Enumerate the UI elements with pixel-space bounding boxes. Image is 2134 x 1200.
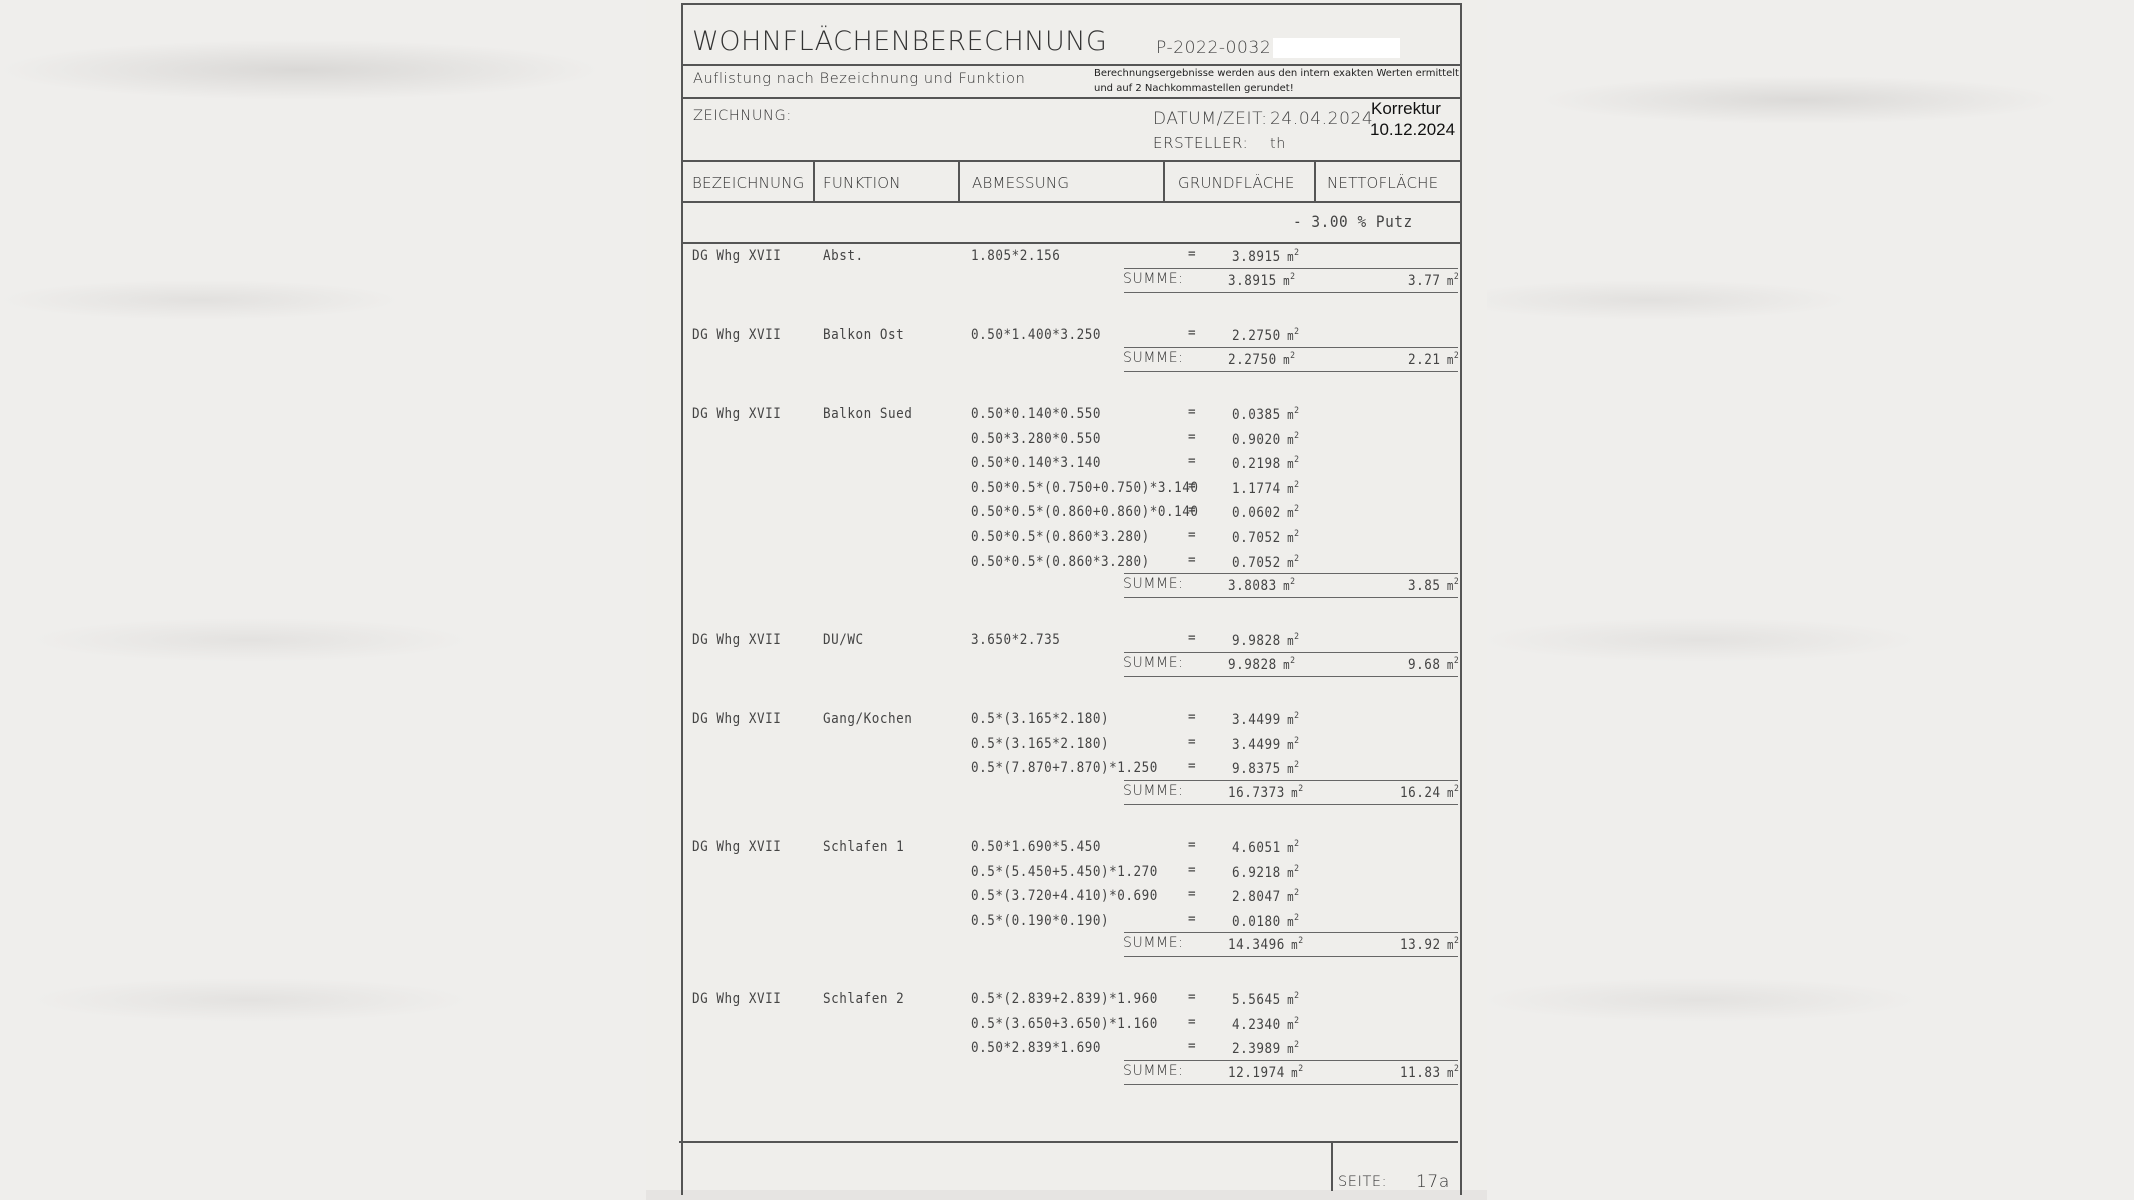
line-area: 5.5645m2 xyxy=(1232,991,1300,1008)
summe-label: SUMME: xyxy=(1123,1063,1183,1079)
unit-exponent: 2 xyxy=(1454,936,1459,946)
divider-info xyxy=(681,160,1460,162)
summe-area: 9.9828m2 xyxy=(1228,656,1296,673)
summe-bottom-line xyxy=(1124,676,1458,677)
summe-top-line xyxy=(1124,1060,1458,1061)
line-area-value: 9.8375 xyxy=(1232,761,1281,777)
summe-bottom-line xyxy=(1124,597,1458,598)
col-header-funktion: FUNKTION xyxy=(823,174,901,192)
abmessung-formula: 1.805*2.156 xyxy=(971,248,1060,264)
unit-label: m xyxy=(1291,938,1298,952)
unit-exponent: 2 xyxy=(1294,839,1299,849)
summe-area-value: 3.8915 xyxy=(1228,273,1277,289)
unit-exponent: 2 xyxy=(1294,406,1299,416)
unit-exponent: 2 xyxy=(1298,936,1303,946)
line-area: 3.8915m2 xyxy=(1232,248,1300,265)
room-bezeichnung: DG Whg XVII xyxy=(692,406,781,422)
summe-area: 2.2750m2 xyxy=(1228,351,1296,368)
unit-label: m xyxy=(1447,353,1454,367)
netto-area-value: 11.83 xyxy=(1400,1065,1441,1081)
datum-value: 24.04.2024 xyxy=(1270,109,1373,129)
equals-sign: = xyxy=(1188,911,1196,927)
equals-sign: = xyxy=(1188,404,1196,420)
abmessung-formula: 0.50*2.839*1.690 xyxy=(971,1040,1101,1056)
equals-sign: = xyxy=(1188,630,1196,646)
summe-label: SUMME: xyxy=(1123,350,1183,366)
line-area-value: 0.0602 xyxy=(1232,505,1281,521)
summe-bottom-line xyxy=(1124,371,1458,372)
divider-columns xyxy=(681,201,1460,203)
summe-area: 14.3496m2 xyxy=(1228,936,1304,953)
unit-label: m xyxy=(1283,353,1290,367)
summe-label: SUMME: xyxy=(1123,783,1183,799)
line-area-value: 9.9828 xyxy=(1232,633,1281,649)
unit-label: m xyxy=(1287,506,1294,520)
abmessung-formula: 0.5*(2.839+2.839)*1.960 xyxy=(971,991,1158,1007)
unit-label: m xyxy=(1287,915,1294,929)
equals-sign: = xyxy=(1188,246,1196,262)
line-area-value: 3.8915 xyxy=(1232,249,1281,265)
line-area-value: 1.1774 xyxy=(1232,481,1281,497)
summe-area-value: 12.1974 xyxy=(1228,1065,1285,1081)
equals-sign: = xyxy=(1188,837,1196,853)
equals-sign: = xyxy=(1188,502,1196,518)
abmessung-formula: 0.50*0.5*(0.860*3.280) xyxy=(971,554,1150,570)
unit-exponent: 2 xyxy=(1294,248,1299,258)
summe-bottom-line xyxy=(1124,1084,1458,1085)
line-area-value: 0.0180 xyxy=(1232,914,1281,930)
unit-exponent: 2 xyxy=(1454,577,1459,587)
unit-exponent: 2 xyxy=(1294,913,1299,923)
line-area: 9.9828m2 xyxy=(1232,632,1300,649)
unit-exponent: 2 xyxy=(1294,327,1299,337)
netto-area: 11.83m2 xyxy=(1400,1064,1459,1081)
abmessung-formula: 0.5*(7.870+7.870)*1.250 xyxy=(971,760,1158,776)
line-area: 6.9218m2 xyxy=(1232,864,1300,881)
putz-deduction-note: - 3.00 % Putz xyxy=(1293,212,1413,231)
document-title: WOHNFLÄCHENBERECHNUNG xyxy=(692,26,1107,57)
unit-label: m xyxy=(1287,329,1294,343)
unit-exponent: 2 xyxy=(1294,760,1299,770)
unit-label: m xyxy=(1283,658,1290,672)
netto-area-value: 16.24 xyxy=(1400,785,1441,801)
summe-area-value: 16.7373 xyxy=(1228,785,1285,801)
room-funktion: Schlafen 2 xyxy=(823,991,904,1007)
equals-sign: = xyxy=(1188,478,1196,494)
room-bezeichnung: DG Whg XVII xyxy=(692,632,781,648)
unit-exponent: 2 xyxy=(1294,504,1299,514)
unit-label: m xyxy=(1283,579,1290,593)
netto-area-value: 3.85 xyxy=(1408,578,1441,594)
unit-label: m xyxy=(1287,866,1294,880)
line-area: 2.2750m2 xyxy=(1232,327,1300,344)
ersteller-label: ERSTELLER: xyxy=(1153,134,1248,152)
unit-exponent: 2 xyxy=(1290,272,1295,282)
subtitle: Auflistung nach Bezeichnung und Funktion xyxy=(693,71,1025,87)
line-area-value: 5.5645 xyxy=(1232,992,1281,1008)
col-divider-1 xyxy=(813,160,815,201)
line-area-value: 0.7052 xyxy=(1232,530,1281,546)
equals-sign: = xyxy=(1188,552,1196,568)
summe-bottom-line xyxy=(1124,292,1458,293)
datum-label: DATUM/ZEIT: xyxy=(1153,109,1268,129)
rounding-note-line2: und auf 2 Nachkommastellen gerundet! xyxy=(1094,81,1294,96)
line-area: 2.8047m2 xyxy=(1232,888,1300,905)
line-area-value: 6.9218 xyxy=(1232,865,1281,881)
unit-label: m xyxy=(1447,1066,1454,1080)
summe-label: SUMME: xyxy=(1123,271,1183,287)
line-area: 9.8375m2 xyxy=(1232,760,1300,777)
line-area: 4.6051m2 xyxy=(1232,839,1300,856)
unit-exponent: 2 xyxy=(1454,351,1459,361)
unit-exponent: 2 xyxy=(1294,554,1299,564)
line-area-value: 4.2340 xyxy=(1232,1017,1281,1033)
divider-subtitle xyxy=(681,97,1460,99)
summe-top-line xyxy=(1124,932,1458,933)
line-area-value: 0.0385 xyxy=(1232,407,1281,423)
unit-label: m xyxy=(1447,938,1454,952)
korrektur-label: Korrektur xyxy=(1371,99,1441,119)
line-area: 0.7052m2 xyxy=(1232,554,1300,571)
summe-area-value: 2.2750 xyxy=(1228,352,1277,368)
line-area: 0.0180m2 xyxy=(1232,913,1300,930)
line-area: 3.4499m2 xyxy=(1232,711,1300,728)
unit-label: m xyxy=(1287,1018,1294,1032)
unit-label: m xyxy=(1287,634,1294,648)
netto-area: 16.24m2 xyxy=(1400,784,1459,801)
zeichnung-label: ZEICHNUNG: xyxy=(693,108,792,124)
summe-area-value: 9.9828 xyxy=(1228,657,1277,673)
room-funktion: DU/WC xyxy=(823,632,864,648)
equals-sign: = xyxy=(1188,862,1196,878)
unit-label: m xyxy=(1447,658,1454,672)
netto-area: 3.85m2 xyxy=(1408,577,1459,594)
equals-sign: = xyxy=(1188,886,1196,902)
unit-label: m xyxy=(1287,993,1294,1007)
summe-area: 12.1974m2 xyxy=(1228,1064,1304,1081)
summe-label: SUMME: xyxy=(1123,935,1183,951)
unit-label: m xyxy=(1287,713,1294,727)
equals-sign: = xyxy=(1188,989,1196,1005)
line-area: 0.7052m2 xyxy=(1232,529,1300,546)
unit-label: m xyxy=(1287,531,1294,545)
abmessung-formula: 0.50*0.5*(0.860*3.280) xyxy=(971,529,1150,545)
line-area: 4.2340m2 xyxy=(1232,1016,1300,1033)
col-header-nettoflaeche: NETTOFLÄCHE xyxy=(1327,174,1438,192)
line-area-value: 0.9020 xyxy=(1232,432,1281,448)
unit-exponent: 2 xyxy=(1294,736,1299,746)
col-divider-3 xyxy=(1163,160,1165,201)
unit-label: m xyxy=(1287,762,1294,776)
unit-exponent: 2 xyxy=(1454,784,1459,794)
room-bezeichnung: DG Whg XVII xyxy=(692,248,781,264)
line-area: 1.1774m2 xyxy=(1232,480,1300,497)
line-area-value: 2.8047 xyxy=(1232,889,1281,905)
netto-area-value: 9.68 xyxy=(1408,657,1441,673)
footer-page-divider xyxy=(1331,1141,1333,1191)
unit-exponent: 2 xyxy=(1294,480,1299,490)
abmessung-formula: 0.5*(3.165*2.180) xyxy=(971,736,1109,752)
page-number: 17a xyxy=(1416,1172,1450,1192)
unit-label: m xyxy=(1287,408,1294,422)
summe-bottom-line xyxy=(1124,956,1458,957)
summe-area: 3.8915m2 xyxy=(1228,272,1296,289)
line-area-value: 3.4499 xyxy=(1232,712,1281,728)
unit-label: m xyxy=(1447,786,1454,800)
netto-area: 9.68m2 xyxy=(1408,656,1459,673)
unit-exponent: 2 xyxy=(1454,656,1459,666)
page-label: SEITE: xyxy=(1338,1174,1387,1190)
room-funktion: Balkon Sued xyxy=(823,406,912,422)
netto-area-value: 3.77 xyxy=(1408,273,1441,289)
unit-exponent: 2 xyxy=(1294,711,1299,721)
abmessung-formula: 0.5*(3.650+3.650)*1.160 xyxy=(971,1016,1158,1032)
unit-label: m xyxy=(1287,250,1294,264)
equals-sign: = xyxy=(1188,453,1196,469)
line-area-value: 3.4499 xyxy=(1232,737,1281,753)
col-header-abmessung: ABMESSUNG xyxy=(972,174,1069,192)
equals-sign: = xyxy=(1188,527,1196,543)
netto-area: 13.92m2 xyxy=(1400,936,1459,953)
unit-exponent: 2 xyxy=(1294,431,1299,441)
ersteller-value: th xyxy=(1270,136,1286,152)
room-funktion: Abst. xyxy=(823,248,864,264)
redaction-box xyxy=(1273,38,1400,58)
unit-exponent: 2 xyxy=(1290,656,1295,666)
equals-sign: = xyxy=(1188,429,1196,445)
line-area-value: 2.3989 xyxy=(1232,1041,1281,1057)
unit-exponent: 2 xyxy=(1294,632,1299,642)
line-area: 0.0602m2 xyxy=(1232,504,1300,521)
line-area: 2.3989m2 xyxy=(1232,1040,1300,1057)
unit-label: m xyxy=(1291,1066,1298,1080)
summe-label: SUMME: xyxy=(1123,655,1183,671)
divider-putz xyxy=(681,242,1460,244)
unit-label: m xyxy=(1287,457,1294,471)
abmessung-formula: 3.650*2.735 xyxy=(971,632,1060,648)
col-header-grundflaeche: GRUNDFLÄCHE xyxy=(1178,174,1295,192)
line-area: 0.9020m2 xyxy=(1232,431,1300,448)
abmessung-formula: 0.50*0.140*0.550 xyxy=(971,406,1101,422)
summe-top-line xyxy=(1124,347,1458,348)
unit-exponent: 2 xyxy=(1294,991,1299,1001)
line-area-value: 2.2750 xyxy=(1232,328,1281,344)
abmessung-formula: 0.5*(5.450+5.450)*1.270 xyxy=(971,864,1158,880)
equals-sign: = xyxy=(1188,325,1196,341)
summe-area: 3.8083m2 xyxy=(1228,577,1296,594)
footer-divider xyxy=(679,1141,1458,1143)
line-area-value: 0.2198 xyxy=(1232,456,1281,472)
line-area: 0.0385m2 xyxy=(1232,406,1300,423)
unit-exponent: 2 xyxy=(1294,888,1299,898)
line-area: 3.4499m2 xyxy=(1232,736,1300,753)
col-divider-4 xyxy=(1314,160,1316,201)
summe-bottom-line xyxy=(1124,804,1458,805)
line-area-value: 0.7052 xyxy=(1232,555,1281,571)
equals-sign: = xyxy=(1188,758,1196,774)
unit-exponent: 2 xyxy=(1290,577,1295,587)
korrektur-date: 10.12.2024 xyxy=(1370,120,1455,140)
unit-label: m xyxy=(1447,274,1454,288)
unit-exponent: 2 xyxy=(1294,1040,1299,1050)
equals-sign: = xyxy=(1188,1014,1196,1030)
unit-label: m xyxy=(1283,274,1290,288)
abmessung-formula: 0.5*(3.165*2.180) xyxy=(971,711,1109,727)
netto-area: 2.21m2 xyxy=(1408,351,1459,368)
unit-exponent: 2 xyxy=(1294,1016,1299,1026)
abmessung-formula: 0.50*0.5*(0.860+0.860)*0.140 xyxy=(971,504,1199,520)
abmessung-formula: 0.5*(0.190*0.190) xyxy=(971,913,1109,929)
col-divider-2 xyxy=(958,160,960,201)
unit-exponent: 2 xyxy=(1298,1064,1303,1074)
abmessung-formula: 0.50*0.140*3.140 xyxy=(971,455,1101,471)
room-bezeichnung: DG Whg XVII xyxy=(692,327,781,343)
abmessung-formula: 0.50*0.5*(0.750+0.750)*3.140 xyxy=(971,480,1199,496)
line-area-value: 4.6051 xyxy=(1232,840,1281,856)
summe-top-line xyxy=(1124,780,1458,781)
unit-label: m xyxy=(1287,482,1294,496)
summe-top-line xyxy=(1124,268,1458,269)
room-funktion: Balkon Ost xyxy=(823,327,904,343)
unit-label: m xyxy=(1287,1042,1294,1056)
netto-area-value: 2.21 xyxy=(1408,352,1441,368)
line-area: 0.2198m2 xyxy=(1232,455,1300,472)
room-funktion: Schlafen 1 xyxy=(823,839,904,855)
unit-exponent: 2 xyxy=(1290,351,1295,361)
summe-area-value: 3.8083 xyxy=(1228,578,1277,594)
equals-sign: = xyxy=(1188,1038,1196,1054)
abmessung-formula: 0.50*1.690*5.450 xyxy=(971,839,1101,855)
unit-exponent: 2 xyxy=(1294,529,1299,539)
netto-area-value: 13.92 xyxy=(1400,937,1441,953)
abmessung-formula: 0.5*(3.720+4.410)*0.690 xyxy=(971,888,1158,904)
unit-exponent: 2 xyxy=(1454,272,1459,282)
abmessung-formula: 0.50*3.280*0.550 xyxy=(971,431,1101,447)
unit-exponent: 2 xyxy=(1454,1064,1459,1074)
unit-label: m xyxy=(1287,738,1294,752)
unit-label: m xyxy=(1287,433,1294,447)
unit-exponent: 2 xyxy=(1294,455,1299,465)
room-bezeichnung: DG Whg XVII xyxy=(692,991,781,1007)
summe-top-line xyxy=(1124,573,1458,574)
summe-area-value: 14.3496 xyxy=(1228,937,1285,953)
unit-exponent: 2 xyxy=(1298,784,1303,794)
abmessung-formula: 0.50*1.400*3.250 xyxy=(971,327,1101,343)
unit-label: m xyxy=(1291,786,1298,800)
equals-sign: = xyxy=(1188,709,1196,725)
unit-exponent: 2 xyxy=(1294,864,1299,874)
summe-area: 16.7373m2 xyxy=(1228,784,1304,801)
equals-sign: = xyxy=(1188,734,1196,750)
rounding-note-line1: Berechnungsergebnisse werden aus den int… xyxy=(1094,66,1459,81)
room-bezeichnung: DG Whg XVII xyxy=(692,711,781,727)
unit-label: m xyxy=(1287,841,1294,855)
unit-label: m xyxy=(1287,556,1294,570)
summe-top-line xyxy=(1124,652,1458,653)
room-funktion: Gang/Kochen xyxy=(823,711,912,727)
col-header-bezeichnung: BEZEICHNUNG xyxy=(692,174,804,192)
summe-label: SUMME: xyxy=(1123,576,1183,592)
netto-area: 3.77m2 xyxy=(1408,272,1459,289)
room-bezeichnung: DG Whg XVII xyxy=(692,839,781,855)
project-number: P-2022-0032 xyxy=(1156,38,1271,58)
unit-label: m xyxy=(1287,890,1294,904)
unit-label: m xyxy=(1447,579,1454,593)
